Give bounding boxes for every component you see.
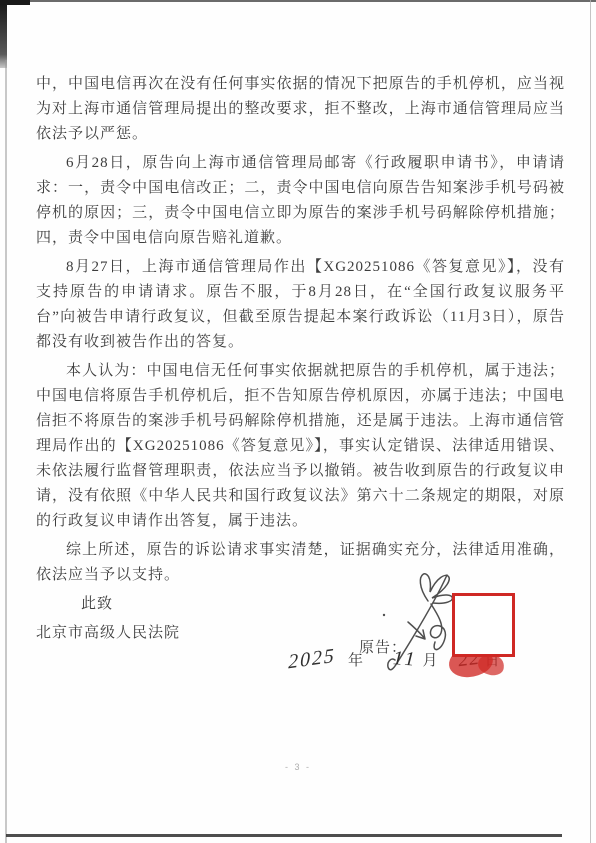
date-month-unit: 月 [423,649,438,670]
scan-edge-top [0,0,596,2]
document-page: 中，中国电信再次在没有任何事实依据的情况下把原告的手机停机，应当视为对上海市通信… [0,0,596,843]
date-year-handwritten: 2025 [288,645,336,675]
scan-edge-right [590,0,591,843]
scan-edge-left [5,60,7,843]
paragraph-summary: 综上所述，原告的诉讼请求事实清楚，证据确实充分，法律适用准确，依法应当予以支持。 [36,538,565,588]
date-month-handwritten: 11 [392,647,418,672]
paragraph-opinion: 本人认为：中国电信无任何事实依据就把原告的手机停机，属于违法；中国电信将原告手机… [36,359,565,534]
scan-edge-bottom [6,834,562,837]
document-body: 中，中国电信再次在没有任何事实依据的情况下把原告的手机停机，应当视为对上海市通信… [36,72,565,650]
paragraph-application: 6月28日，原告向上海市通信管理局邮寄《行政履职申请书》，申请请求：一，责令中国… [36,151,565,251]
redaction-box [452,593,515,657]
paragraph-continuation: 中，中国电信再次在没有任何事实依据的情况下把原告的手机停机，应当视为对上海市通信… [36,72,565,147]
date-year-unit: 年 [348,649,363,670]
scan-corner-top-left-bar [0,0,30,5]
page-number: - 3 - [0,762,596,772]
paragraph-reply: 8月27日，上海市通信管理局作出【XG20251086《答复意见》】，没有支持原… [36,255,565,355]
scan-corner-top-left [0,0,7,68]
